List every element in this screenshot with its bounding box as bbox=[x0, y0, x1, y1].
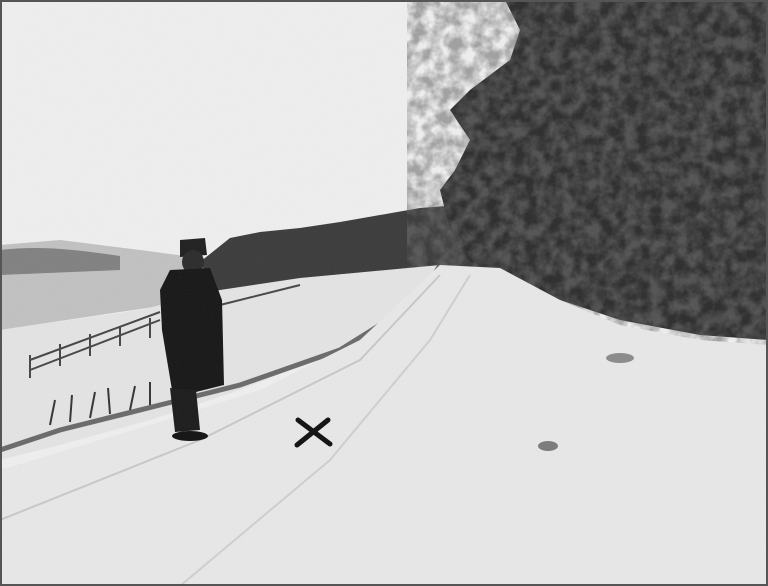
photograph bbox=[0, 0, 768, 586]
scene-svg bbox=[0, 0, 768, 586]
